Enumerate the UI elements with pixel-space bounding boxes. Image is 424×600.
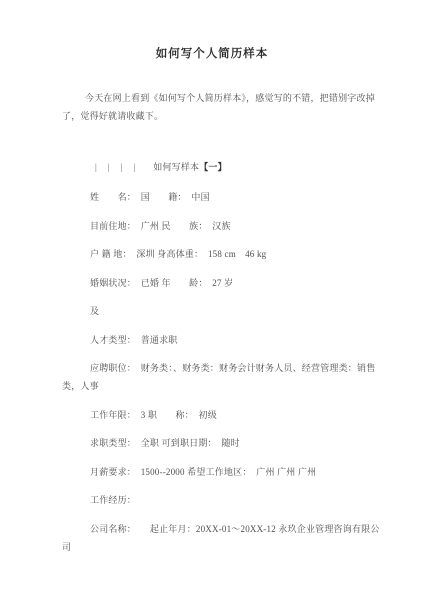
- document-title: 如何写个人简历样本: [0, 0, 424, 62]
- intro-paragraph: 今天在网上看到《如何写个人简历样本》，感觉写的不错，把错别字改掉了，觉得好就请收…: [62, 89, 384, 125]
- resume-field-name-nationality: 姓 名： 国 籍： 中国: [62, 188, 384, 206]
- section-heading-number: 【一】: [199, 162, 227, 172]
- resume-field-company-name-dates: 公司名称： 起止年月：20XX-01～20XX-12 永玖企业管理咨询有限公司: [62, 520, 384, 556]
- resume-field-work-years-title: 工作年限： 3 职 称： 初级: [62, 406, 384, 424]
- section-divider-bars: ||||: [95, 162, 146, 172]
- resume-field-salary-location: 月薪要求： 1500--2000 希望工作地区： 广州 广州 广州: [62, 463, 384, 481]
- resume-field-marital-age: 婚姻状况： 已婚 年 龄： 27 岁: [62, 274, 384, 292]
- resume-field-residence-ethnicity: 目前住地： 广州 民 族： 汉族: [62, 217, 384, 235]
- resume-field-registry-height-weight: 户 籍 地： 深圳 身高体重： 158 cm 46 kg: [62, 245, 384, 263]
- document-body: 今天在网上看到《如何写个人简历样本》，感觉写的不错，把错别字改掉了，觉得好就请收…: [62, 89, 384, 556]
- resume-field-work-experience-heading: 工作经历：: [62, 491, 384, 509]
- document-page: 如何写个人简历样本 今天在网上看到《如何写个人简历样本》，感觉写的不错，把错别字…: [0, 0, 424, 600]
- section-heading: ||||如何写样本【一】: [62, 158, 384, 176]
- resume-field-desired-position: 应聘职位： 财务类：、财务类：财务会计财务人员、经营管理类：销售类，人事: [62, 359, 384, 395]
- resume-field-stray-char: 及: [62, 302, 384, 320]
- resume-field-talent-type: 人才类型： 普通求职: [62, 331, 384, 349]
- resume-field-job-type-availability: 求职类型： 全职 可到职日期： 随时: [62, 434, 384, 452]
- section-heading-label: 如何写样本: [153, 162, 199, 172]
